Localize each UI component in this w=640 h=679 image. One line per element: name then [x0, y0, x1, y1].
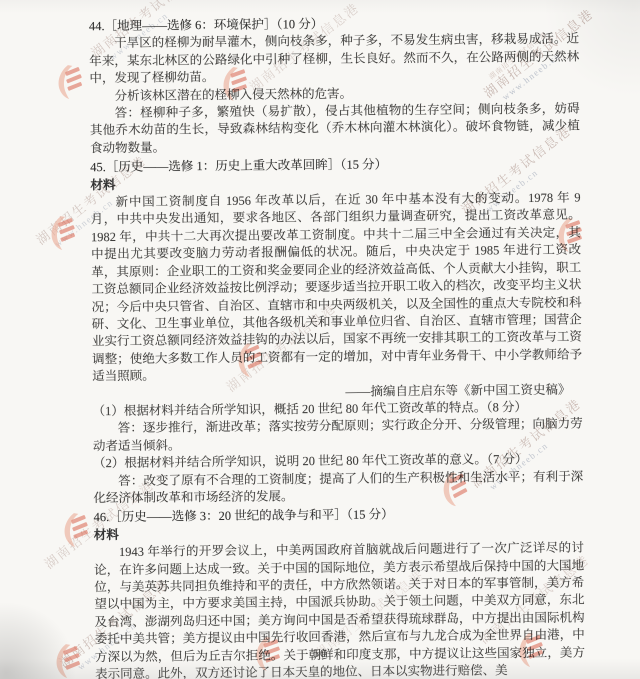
q44-intro: 干旱区的柽柳为耐旱灌木，侧向枝条多，种子多，不易发生病虫害，移栽易成活。近年来，…	[89, 31, 579, 88]
page-number: 50	[0, 646, 640, 661]
q45-sub1-answer: 答：逐步推行，渐进改革；落实按劳分配原则；实行政企分开、分级管理；向脑力劳动者适…	[93, 416, 583, 456]
page-content: 44.［地理——选修 6：环境保护］（10 分） 干旱区的柽柳为耐旱灌木，侧向枝…	[0, 11, 640, 679]
q45-material: 新中国工资制度自 1956 年改革以后，在近 30 年中基本没有大的变动。197…	[91, 190, 583, 386]
q45-sub2-answer: 答：改变了原有不合理的工资制度；提高了人们的生产积极性和生活水平；有利于深化经济…	[93, 468, 583, 508]
scanned-exam-page: 湖南招生考试信息港www.hneeb.cn湖南招生考试信息港湖南招生考试信息港湖…	[0, 0, 640, 679]
q44-answer: 答：柽柳种子多，繁殖快（易扩散），侵占其他植物的生存空间；侧向枝条多，妨碍其他乔…	[90, 101, 580, 158]
